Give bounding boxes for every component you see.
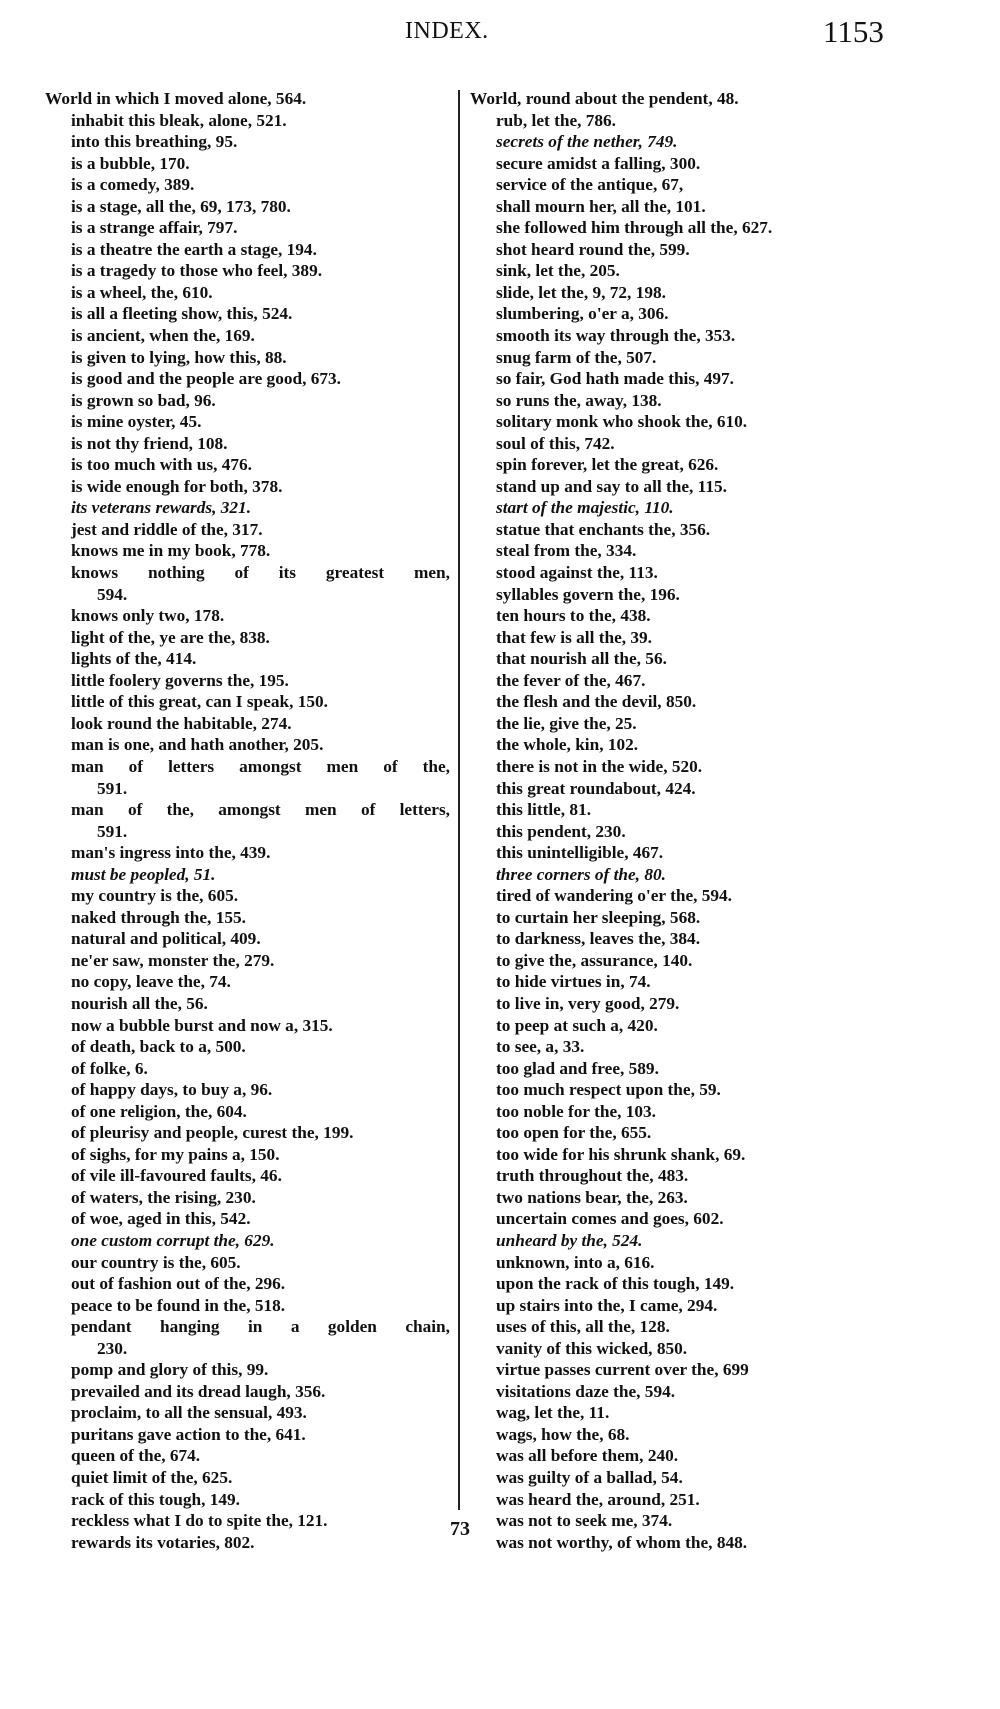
index-entry: she followed him through all the, 627. (470, 217, 910, 239)
index-entry: this great roundabout, 424. (470, 778, 910, 800)
index-entry: stood against the, 113. (470, 562, 910, 584)
index-entry: is a wheel, the, 610. (45, 282, 450, 304)
index-entry: look round the habitable, 274. (45, 713, 450, 735)
index-heading-entry: World in which I moved alone, 564. (45, 88, 450, 110)
index-heading-entry: World, round about the pendent, 48. (470, 88, 910, 110)
index-entry: rub, let the, 786. (470, 110, 910, 132)
index-entry: statue that enchants the, 356. (470, 519, 910, 541)
index-entry: is good and the people are good, 673. (45, 368, 450, 390)
index-entry: secrets of the nether, 749. (470, 131, 910, 153)
index-entry: slide, let the, 9, 72, 198. (470, 282, 910, 304)
index-entry: was not to seek me, 374. (470, 1510, 910, 1532)
index-entry: stand up and say to all the, 115. (470, 476, 910, 498)
index-entry: to darkness, leaves the, 384. (470, 928, 910, 950)
index-entry: of sighs, for my pains a, 150. (45, 1144, 450, 1166)
index-entry: is wide enough for both, 378. (45, 476, 450, 498)
index-entry: is too much with us, 476. (45, 454, 450, 476)
index-entry-continuation: 591. (45, 778, 450, 800)
index-entry: jest and riddle of the, 317. (45, 519, 450, 541)
index-entry: to hide virtues in, 74. (470, 971, 910, 993)
index-entry: so fair, God hath made this, 497. (470, 368, 910, 390)
index-entry: proclaim, to all the sensual, 493. (45, 1402, 450, 1424)
index-entry: man of letters amongst men of the, (45, 756, 450, 778)
index-entry: is a stage, all the, 69, 173, 780. (45, 196, 450, 218)
index-entry: of vile ill-favoured faults, 46. (45, 1165, 450, 1187)
index-entry-continuation: 594. (45, 584, 450, 606)
index-entry: uses of this, all the, 128. (470, 1316, 910, 1338)
index-entry: unknown, into a, 616. (470, 1252, 910, 1274)
index-entry: virtue passes current over the, 699 (470, 1359, 910, 1381)
index-entry: too noble for the, 103. (470, 1101, 910, 1123)
index-entry-continuation: 591. (45, 821, 450, 843)
index-entry: my country is the, 605. (45, 885, 450, 907)
index-entry: one custom corrupt the, 629. (45, 1230, 450, 1252)
index-entry: its veterans rewards, 321. (45, 497, 450, 519)
index-entry: uncertain comes and goes, 602. (470, 1208, 910, 1230)
index-entry: knows me in my book, 778. (45, 540, 450, 562)
index-entry: naked through the, 155. (45, 907, 450, 929)
index-column-right: World, round about the pendent, 48.rub, … (470, 88, 910, 1553)
index-entry: of happy days, to buy a, 96. (45, 1079, 450, 1101)
index-entry: puritans gave action to the, 641. (45, 1424, 450, 1446)
index-entry: is a tragedy to those who feel, 389. (45, 260, 450, 282)
index-entry: nourish all the, 56. (45, 993, 450, 1015)
index-entry: of one religion, the, 604. (45, 1101, 450, 1123)
column-divider (458, 90, 460, 1510)
index-entry: this little, 81. (470, 799, 910, 821)
signature-mark: 73 (450, 1518, 470, 1541)
index-entry: vanity of this wicked, 850. (470, 1338, 910, 1360)
index-entry: sink, let the, 205. (470, 260, 910, 282)
index-entry: is all a fleeting show, this, 524. (45, 303, 450, 325)
index-entry: is mine oyster, 45. (45, 411, 450, 433)
page-number: 1153 (823, 14, 884, 50)
index-entry: quiet limit of the, 625. (45, 1467, 450, 1489)
index-entry: reckless what I do to spite the, 121. (45, 1510, 450, 1532)
index-entry: too wide for his shrunk shank, 69. (470, 1144, 910, 1166)
index-entry: of woe, aged in this, 542. (45, 1208, 450, 1230)
index-entry: rack of this tough, 149. (45, 1489, 450, 1511)
index-entry: tired of wandering o'er the, 594. (470, 885, 910, 907)
index-entry: is given to lying, how this, 88. (45, 347, 450, 369)
index-entry: shall mourn her, all the, 101. (470, 196, 910, 218)
index-entry: solitary monk who shook the, 610. (470, 411, 910, 433)
index-entry: spin forever, let the great, 626. (470, 454, 910, 476)
index-entry: the fever of the, 467. (470, 670, 910, 692)
index-entry: was not worthy, of whom the, 848. (470, 1532, 910, 1554)
index-entry: that few is all the, 39. (470, 627, 910, 649)
index-entry: is a strange affair, 797. (45, 217, 450, 239)
index-entry: the lie, give the, 25. (470, 713, 910, 735)
index-entry: peace to be found in the, 518. (45, 1295, 450, 1317)
running-head-title: INDEX. (405, 18, 489, 45)
index-entry: the whole, kin, 102. (470, 734, 910, 756)
index-entry: steal from the, 334. (470, 540, 910, 562)
index-entry: natural and political, 409. (45, 928, 450, 950)
index-entry: to peep at such a, 420. (470, 1015, 910, 1037)
index-entry: little foolery governs the, 195. (45, 670, 450, 692)
index-entry: pomp and glory of this, 99. (45, 1359, 450, 1381)
index-entry: little of this great, can I speak, 150. (45, 691, 450, 713)
index-entry: is a bubble, 170. (45, 153, 450, 175)
index-entry: is ancient, when the, 169. (45, 325, 450, 347)
index-entry: of waters, the rising, 230. (45, 1187, 450, 1209)
index-entry: smooth its way through the, 353. (470, 325, 910, 347)
index-entry: to curtain her sleeping, 568. (470, 907, 910, 929)
index-entry: of folke, 6. (45, 1058, 450, 1080)
index-entry: must be peopled, 51. (45, 864, 450, 886)
index-entry: our country is the, 605. (45, 1252, 450, 1274)
index-entry: no copy, leave the, 74. (45, 971, 450, 993)
index-entry: slumbering, o'er a, 306. (470, 303, 910, 325)
index-entry: visitations daze the, 594. (470, 1381, 910, 1403)
index-entry: into this breathing, 95. (45, 131, 450, 153)
index-column-left: World in which I moved alone, 564.inhabi… (45, 88, 450, 1553)
index-entry: of death, back to a, 500. (45, 1036, 450, 1058)
index-entry: this pendent, 230. (470, 821, 910, 843)
index-entry: of pleurisy and people, curest the, 199. (45, 1122, 450, 1144)
index-entry: was all before them, 240. (470, 1445, 910, 1467)
index-entry: up stairs into the, I came, 294. (470, 1295, 910, 1317)
index-entry-continuation: 230. (45, 1338, 450, 1360)
index-entry: ten hours to the, 438. (470, 605, 910, 627)
index-entry: ne'er saw, monster the, 279. (45, 950, 450, 972)
index-entry: upon the rack of this tough, 149. (470, 1273, 910, 1295)
index-entry: to see, a, 33. (470, 1036, 910, 1058)
index-entry: is a theatre the earth a stage, 194. (45, 239, 450, 261)
index-entry: too glad and free, 589. (470, 1058, 910, 1080)
index-entry: unheard by the, 524. (470, 1230, 910, 1252)
index-entry: to live in, very good, 279. (470, 993, 910, 1015)
index-entry: this unintelligible, 467. (470, 842, 910, 864)
index-entry: too much respect upon the, 59. (470, 1079, 910, 1101)
index-entry: wags, how the, 68. (470, 1424, 910, 1446)
index-entry: three corners of the, 80. (470, 864, 910, 886)
index-entry: pendant hanging in a golden chain, (45, 1316, 450, 1338)
index-entry: knows nothing of its greatest men, (45, 562, 450, 584)
index-entry: is not thy friend, 108. (45, 433, 450, 455)
index-entry: service of the antique, 67, (470, 174, 910, 196)
index-entry: man is one, and hath another, 205. (45, 734, 450, 756)
index-entry: truth throughout the, 483. (470, 1165, 910, 1187)
index-entry: is a comedy, 389. (45, 174, 450, 196)
index-entry: man of the, amongst men of letters, (45, 799, 450, 821)
index-entry: now a bubble burst and now a, 315. (45, 1015, 450, 1037)
index-entry: shot heard round the, 599. (470, 239, 910, 261)
index-entry: light of the, ye are the, 838. (45, 627, 450, 649)
index-entry: secure amidst a falling, 300. (470, 153, 910, 175)
index-entry: so runs the, away, 138. (470, 390, 910, 412)
index-entry: snug farm of the, 507. (470, 347, 910, 369)
index-entry: is grown so bad, 96. (45, 390, 450, 412)
index-entry: syllables govern the, 196. (470, 584, 910, 606)
index-entry: the flesh and the devil, 850. (470, 691, 910, 713)
index-entry: that nourish all the, 56. (470, 648, 910, 670)
index-entry: queen of the, 674. (45, 1445, 450, 1467)
index-entry: to give the, assurance, 140. (470, 950, 910, 972)
index-entry: was heard the, around, 251. (470, 1489, 910, 1511)
index-entry: was guilty of a ballad, 54. (470, 1467, 910, 1489)
index-entry: start of the majestic, 110. (470, 497, 910, 519)
index-entry: too open for the, 655. (470, 1122, 910, 1144)
index-entry: prevailed and its dread laugh, 356. (45, 1381, 450, 1403)
index-entry: soul of this, 742. (470, 433, 910, 455)
index-entry: two nations bear, the, 263. (470, 1187, 910, 1209)
index-entry: out of fashion out of the, 296. (45, 1273, 450, 1295)
index-entry: wag, let the, 11. (470, 1402, 910, 1424)
index-entry: knows only two, 178. (45, 605, 450, 627)
index-entry: lights of the, 414. (45, 648, 450, 670)
index-entry: rewards its votaries, 802. (45, 1532, 450, 1554)
index-entry: inhabit this bleak, alone, 521. (45, 110, 450, 132)
index-entry: man's ingress into the, 439. (45, 842, 450, 864)
index-entry: there is not in the wide, 520. (470, 756, 910, 778)
